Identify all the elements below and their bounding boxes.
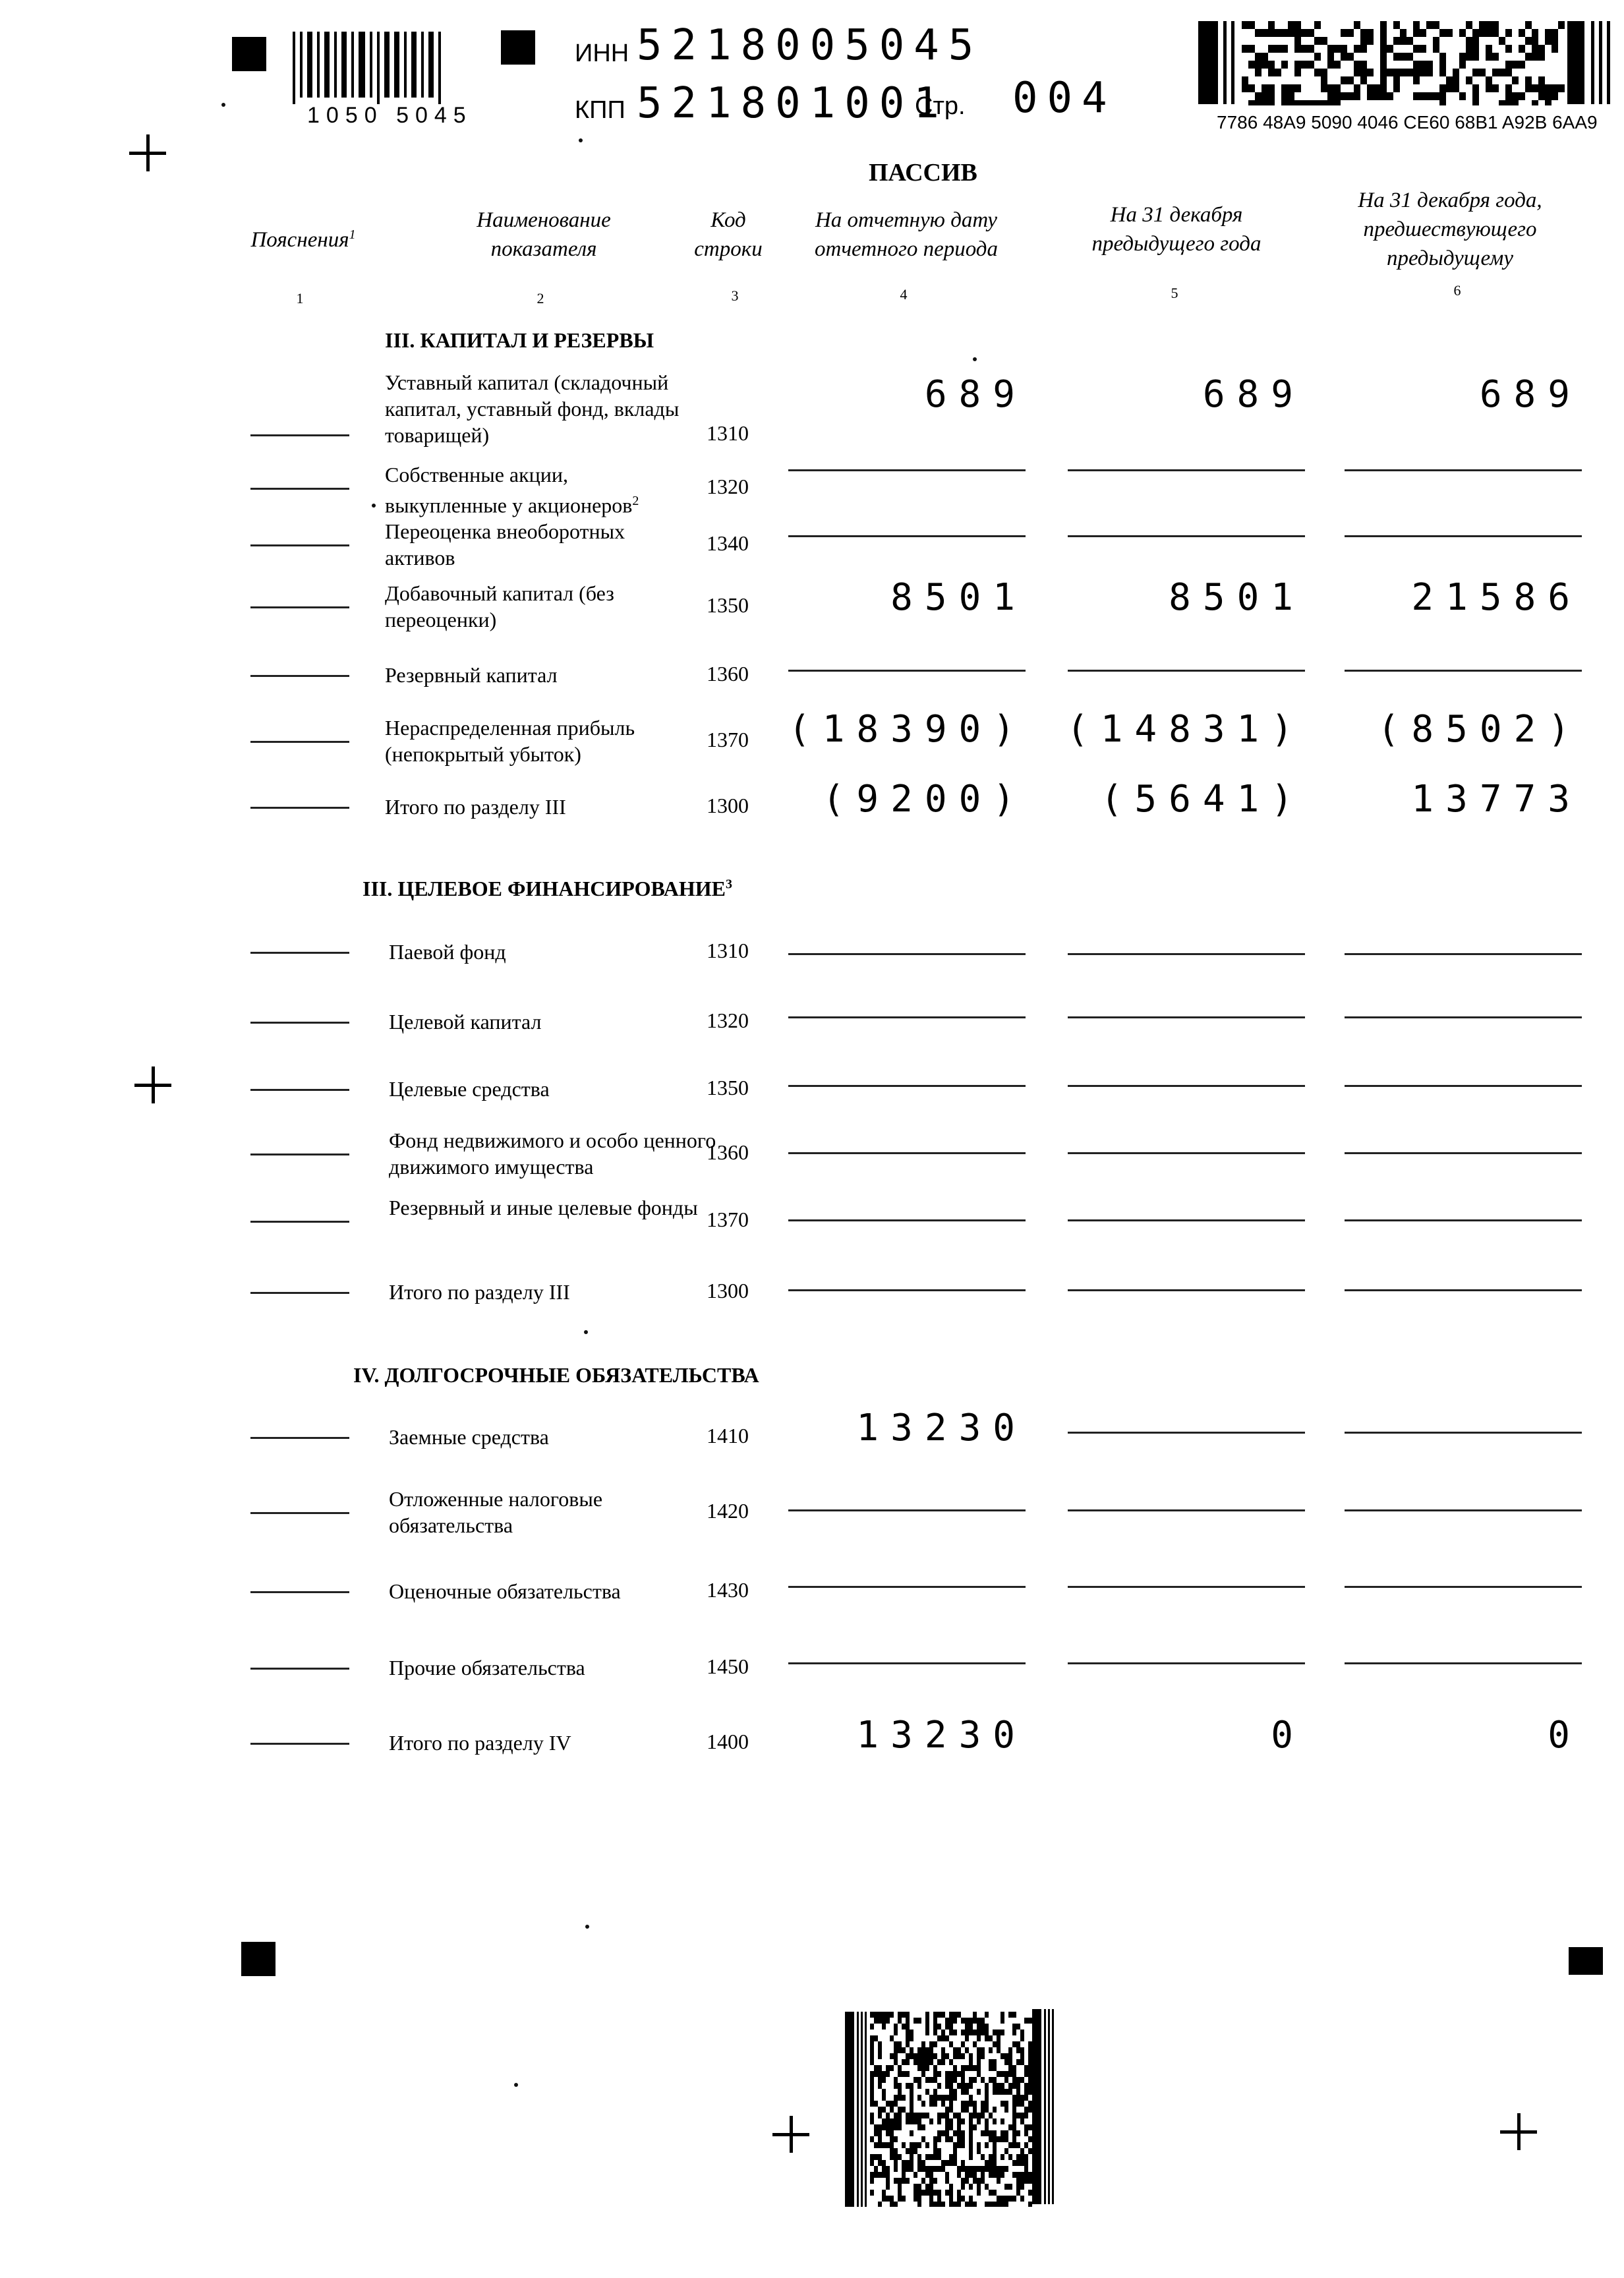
row-label: Нераспределенная прибыль (непокрытый убы… — [385, 715, 695, 767]
empty-value-line — [1068, 670, 1305, 672]
row-label: Добавочный капитал (без переоценки) — [385, 580, 695, 633]
empty-value-line — [1068, 1152, 1305, 1154]
value-cell-col5: (14831) — [1022, 708, 1305, 751]
column-header-indicator: Наименование показателя — [455, 206, 633, 264]
scan-speck — [514, 2083, 518, 2087]
barcode-number: 1050 5045 — [307, 103, 473, 129]
pdf417-barcode-bottom — [845, 2009, 1062, 2207]
scan-speck — [973, 357, 977, 361]
value-cell-col6: 0 — [1298, 1714, 1582, 1757]
value-cell-col5: (5641) — [1022, 778, 1305, 821]
empty-value-line — [1068, 1509, 1305, 1511]
empty-value-line — [788, 1152, 1026, 1154]
row-code: 1360 — [707, 662, 749, 686]
notes-dash — [250, 488, 349, 490]
empty-value-line — [788, 1085, 1026, 1087]
empty-value-line — [1345, 1152, 1582, 1154]
value-cell-col6: 21586 — [1298, 576, 1582, 619]
section-title: III. ЦЕЛЕВОЕ ФИНАНСИРОВАНИЕ3 — [362, 877, 732, 901]
row-code: 1400 — [707, 1730, 749, 1754]
notes-dash — [250, 1221, 349, 1223]
empty-value-line — [1345, 469, 1582, 471]
empty-value-line — [1068, 1289, 1305, 1291]
empty-value-line — [1345, 1509, 1582, 1511]
empty-value-line — [1068, 1219, 1305, 1221]
row-code: 1410 — [707, 1424, 749, 1448]
empty-value-line — [788, 469, 1026, 471]
empty-value-line — [1345, 1219, 1582, 1221]
empty-value-line — [1345, 953, 1582, 955]
kpp-value: 521801001 — [637, 79, 948, 128]
column-number: 6 — [1447, 282, 1467, 299]
registration-mark — [241, 1942, 275, 1976]
row-code: 1350 — [707, 593, 749, 618]
scan-speck — [221, 103, 225, 107]
notes-dash — [250, 1743, 349, 1745]
column-header-notes: Пояснения1 — [244, 220, 362, 254]
row-code: 1360 — [707, 1140, 749, 1165]
registration-cross — [134, 1066, 171, 1103]
column-number: 3 — [725, 287, 745, 305]
notes-dash — [250, 952, 349, 954]
empty-value-line — [788, 535, 1026, 537]
empty-value-line — [1345, 670, 1582, 672]
empty-value-line — [1068, 535, 1305, 537]
row-label: Паевой фонд — [389, 939, 699, 965]
notes-dash — [250, 1022, 349, 1024]
kpp-label: КПП — [575, 96, 625, 125]
empty-value-line — [788, 1662, 1026, 1664]
row-label: Прочие обязательства — [389, 1654, 699, 1681]
notes-dash — [250, 675, 349, 677]
value-cell-col6: 689 — [1298, 373, 1582, 416]
empty-value-line — [788, 670, 1026, 672]
empty-value-line — [1068, 1662, 1305, 1664]
inn-label: ИНН — [575, 40, 629, 68]
empty-value-line — [1345, 1016, 1582, 1018]
row-code: 1320 — [707, 1008, 749, 1033]
empty-value-line — [1068, 1432, 1305, 1434]
empty-value-line — [1345, 535, 1582, 537]
row-label: Переоценка внеоборотных активов — [385, 518, 695, 571]
empty-value-line — [788, 1586, 1026, 1588]
registration-mark — [1569, 1947, 1603, 1975]
registration-mark — [501, 30, 535, 65]
empty-value-line — [1068, 1016, 1305, 1018]
notes-dash — [250, 1292, 349, 1294]
barcode-1d — [293, 32, 446, 104]
registration-mark — [232, 37, 266, 71]
empty-value-line — [1068, 1586, 1305, 1588]
notes-dash — [250, 1512, 349, 1514]
notes-dash — [250, 1668, 349, 1670]
value-cell-col4: 13230 — [743, 1407, 1027, 1449]
row-label: Целевые средства — [389, 1076, 699, 1102]
column-header-prev-year: На 31 декабря предыдущего года — [1068, 200, 1285, 258]
page-label: Стр. — [915, 92, 966, 121]
empty-value-line — [788, 1509, 1026, 1511]
row-code: 1430 — [707, 1578, 749, 1602]
row-label: Собственные акции, выкупленные у акционе… — [385, 461, 695, 519]
row-code: 1310 — [707, 939, 749, 963]
scan-speck — [584, 1330, 588, 1334]
row-code: 1370 — [707, 728, 749, 752]
value-cell-col5: 0 — [1022, 1714, 1305, 1757]
value-cell-col4: (18390) — [743, 708, 1027, 751]
value-cell-col6: (8502) — [1298, 708, 1582, 751]
row-code: 1320 — [707, 475, 749, 499]
empty-value-line — [788, 1219, 1026, 1221]
row-label: Фонд недвижимого и особо ценного движимо… — [389, 1127, 732, 1180]
row-code: 1420 — [707, 1499, 749, 1523]
value-cell-col5: 8501 — [1022, 576, 1305, 619]
notes-dash — [250, 1154, 349, 1155]
notes-dash — [250, 1437, 349, 1439]
row-code: 1370 — [707, 1208, 749, 1232]
row-code: 1450 — [707, 1654, 749, 1679]
notes-dash — [250, 1089, 349, 1091]
registration-cross — [1500, 2113, 1537, 2150]
column-header-current: На отчетную дату отчетного периода — [797, 206, 1015, 264]
notes-dash — [250, 544, 349, 546]
notes-dash — [250, 1591, 349, 1593]
empty-value-line — [788, 953, 1026, 955]
row-label: Уставный капитал (складочный капитал, ус… — [385, 369, 695, 448]
empty-value-line — [788, 1016, 1026, 1018]
scan-speck — [585, 1925, 589, 1929]
row-label: Итого по разделу IV — [389, 1730, 699, 1756]
notes-dash — [250, 807, 349, 809]
row-label: Резервный и иные целевые фонды — [389, 1194, 699, 1221]
notes-dash — [250, 434, 349, 436]
value-cell-col5: 689 — [1022, 373, 1305, 416]
row-code: 1350 — [707, 1076, 749, 1100]
scan-speck — [579, 138, 583, 142]
value-cell-col4: 689 — [743, 373, 1027, 416]
row-code: 1300 — [707, 794, 749, 818]
value-cell-col4: (9200) — [743, 778, 1027, 821]
column-number: 1 — [290, 290, 310, 307]
page-title: ПАССИВ — [869, 158, 977, 187]
empty-value-line — [1345, 1289, 1582, 1291]
section-title: III. КАПИТАЛ И РЕЗЕРВЫ — [385, 328, 654, 353]
row-label: Итого по разделу III — [389, 1279, 699, 1305]
row-label: Заемные средства — [389, 1424, 699, 1450]
row-code: 1310 — [707, 421, 749, 446]
row-label: Целевой капитал — [389, 1008, 699, 1035]
value-cell-col6: 13773 — [1298, 778, 1582, 821]
column-number: 4 — [894, 286, 913, 303]
empty-value-line — [788, 1289, 1026, 1291]
value-cell-col4: 8501 — [743, 576, 1027, 619]
row-label: Итого по разделу III — [385, 794, 695, 820]
empty-value-line — [1068, 469, 1305, 471]
empty-value-line — [1345, 1662, 1582, 1664]
empty-value-line — [1068, 1085, 1305, 1087]
notes-dash — [250, 741, 349, 743]
inn-value: 5218005045 — [637, 21, 983, 70]
column-header-prev-prev-year: На 31 декабря года, предшествующего пред… — [1338, 186, 1562, 273]
row-code: 1340 — [707, 531, 749, 556]
empty-value-line — [1345, 1586, 1582, 1588]
row-label: Отложенные налоговые обязательства — [389, 1486, 699, 1538]
column-number: 2 — [531, 290, 550, 307]
scan-speck — [372, 504, 376, 508]
row-label: Резервный капитал — [385, 662, 695, 688]
column-number: 5 — [1165, 285, 1184, 302]
page-value: 004 — [1012, 74, 1116, 123]
pdf417-code: 7786 48A9 5090 4046 CE60 68B1 A92B 6AA9 — [1217, 112, 1598, 133]
registration-cross — [772, 2116, 809, 2153]
column-header-code: Код строки — [692, 206, 765, 264]
pdf417-barcode — [1198, 20, 1620, 105]
registration-cross — [129, 134, 166, 171]
section-title: IV. ДОЛГОСРОЧНЫЕ ОБЯЗАТЕЛЬСТВА — [353, 1363, 759, 1387]
value-cell-col4: 13230 — [743, 1714, 1027, 1757]
empty-value-line — [1345, 1432, 1582, 1434]
row-code: 1300 — [707, 1279, 749, 1303]
notes-dash — [250, 606, 349, 608]
empty-value-line — [1068, 953, 1305, 955]
empty-value-line — [1345, 1085, 1582, 1087]
row-label: Оценочные обязательства — [389, 1578, 699, 1604]
